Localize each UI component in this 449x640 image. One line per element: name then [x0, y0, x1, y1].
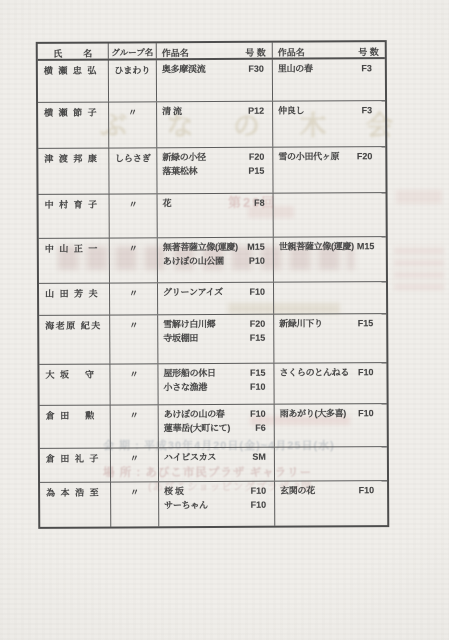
works-secondary: 世親菩薩立像(運慶)M15	[274, 237, 386, 282]
work-entry: さくらのとんねるF10	[279, 366, 382, 380]
works-primary: 奥多摩渓流F30	[157, 60, 273, 102]
work-title: あけぼの山公園	[163, 254, 224, 268]
work-entry: 世親菩薩立像(運慶)M15	[279, 240, 382, 254]
col-header-member-name: 氏 名	[38, 44, 109, 59]
work-entry: 小さな漁港F10	[164, 380, 270, 394]
works-secondary	[274, 193, 386, 237]
table-row: 倉 田 勲〃あけぼの山の春F10蓮華岳(大町にて)F6雨あがり(大多喜)F10	[40, 404, 387, 449]
work-title: さくらのとんねる	[279, 366, 349, 380]
work-title: 世親菩薩立像(運慶)	[279, 240, 354, 254]
work-title: 無著菩薩立像(運慶)	[163, 241, 238, 255]
work-size-number: F10	[251, 485, 267, 499]
table-row: 倉 田 礼 子〃ハイビスカスSM	[40, 447, 387, 483]
work-entry: 寺坂棚田F15	[163, 331, 269, 345]
member-name: 中 山 正 一	[39, 239, 110, 283]
table-body: 横 瀬 忠 弘ひまわり奥多摩渓流F30里山の春F3横 瀬 節 子〃清 流P12仲…	[38, 59, 387, 527]
work-title: 屋形船の休日	[163, 367, 215, 381]
work-entry: 花F8	[163, 197, 269, 211]
work-size-number: F20	[357, 150, 373, 164]
works-primary: 新緑の小径F20落葉松林P15	[157, 148, 273, 194]
work-size-number: F10	[249, 286, 265, 300]
work-entry: 奥多摩渓流F30	[162, 63, 268, 77]
member-name: 倉 田 勲	[40, 406, 111, 448]
work-size-number: P15	[248, 164, 264, 178]
work-title: 寺坂棚田	[163, 332, 198, 346]
work-entry: 蓮華岳(大町にて)F6	[164, 421, 270, 435]
work-title: ハイビスカス	[164, 451, 216, 465]
work-title: 花	[163, 197, 172, 211]
work-size-number: F20	[250, 318, 266, 332]
work-entry: 新緑の小径F20	[162, 151, 268, 165]
member-name: 山 田 芳 夫	[39, 284, 110, 315]
work-entry: 玄関の花F10	[280, 484, 383, 498]
work-title: 新緑川下り	[279, 317, 323, 331]
works-secondary: 仲良しF3	[273, 101, 385, 147]
work-title: グリーンアイズ	[163, 286, 223, 300]
table-row: 中 山 正 一〃無著菩薩立像(運慶)M15あけぼの山公園P10世親菩薩立像(運慶…	[39, 237, 386, 284]
work-entry: 雨あがり(大多喜)F10	[280, 407, 383, 421]
group-name: 〃	[111, 405, 159, 447]
work-size-number: F10	[359, 484, 375, 498]
work-size-number: F15	[358, 317, 374, 331]
work-entry: 桜 坂F10	[164, 485, 270, 499]
work-title-header: 作品名	[278, 46, 305, 58]
group-name: 〃	[110, 238, 158, 282]
work-title: 蓮華岳(大町にて)	[164, 421, 230, 435]
table-row: 横 瀬 忠 弘ひまわり奥多摩渓流F30里山の春F3	[38, 59, 385, 103]
group-name: 〃	[110, 283, 158, 314]
work-size-number: P10	[249, 254, 265, 268]
work-size-number: F10	[251, 498, 267, 512]
work-size-number: M15	[357, 240, 375, 254]
work-size-number: F30	[248, 63, 264, 77]
work-title: 清 流	[162, 105, 182, 119]
work-title: 落葉松林	[162, 165, 197, 179]
works-primary: グリーンアイズF10	[158, 283, 274, 315]
work-entry: 無著菩薩立像(運慶)M15	[163, 241, 269, 255]
group-name: ひまわり	[109, 60, 157, 101]
work-entry: あけぼの山の春F10	[164, 408, 270, 422]
size-number-header: 号 数	[245, 46, 266, 58]
bleed-through-smudge	[396, 190, 442, 204]
work-size-number: F10	[250, 408, 266, 422]
works-secondary: 里山の春F3	[273, 59, 385, 101]
col-header-work-1: 作品名 号 数	[157, 43, 273, 59]
work-size-number: F3	[362, 104, 373, 118]
works-secondary: 雨あがり(大多喜)F10	[275, 404, 387, 447]
col-header-work-2: 作品名 号 数	[273, 42, 385, 58]
work-title-header: 作品名	[162, 46, 189, 58]
works-primary: 雪解け白川郷F20寺坂棚田F15	[158, 315, 274, 364]
scanned-document-page: ぶ な の 木 会第29回会 期 : 平成30年4月20日(金)~4月25日(水…	[0, 0, 449, 640]
works-secondary: 雪の小田代ヶ原F20	[273, 147, 385, 193]
member-name: 海老原 紀夫	[39, 316, 110, 364]
work-title: 新緑の小径	[162, 151, 206, 165]
bleed-through-smudge	[394, 242, 444, 290]
col-header-group-name: グループ名	[109, 43, 157, 58]
works-secondary: 玄関の花F10	[275, 481, 387, 526]
work-entry: グリーンアイズF10	[163, 286, 269, 300]
table-row: 中 村 育 子〃花F8	[39, 193, 386, 239]
work-size-number: F6	[255, 421, 266, 435]
work-entry: 新緑川下りF15	[279, 317, 382, 331]
work-entry: 雪解け白川郷F20	[163, 318, 269, 332]
works-secondary: さくらのとんねるF10	[274, 363, 386, 404]
table-row: 横 瀬 節 子〃清 流P12仲良しF3	[38, 101, 385, 149]
work-entry: サーちゃんF10	[164, 498, 270, 512]
table-row: 山 田 芳 夫〃グリーンアイズF10	[39, 282, 386, 316]
works-secondary	[275, 447, 387, 481]
table-row: 津 渡 邦 康しらさぎ新緑の小径F20落葉松林P15雪の小田代ヶ原F20	[38, 147, 385, 195]
member-name: 横 瀬 忠 弘	[38, 61, 109, 102]
work-entry: 仲良しF3	[278, 104, 381, 118]
group-name: 〃	[111, 448, 159, 481]
works-primary: 清 流P12	[157, 102, 273, 148]
table-row: 大 坂 守〃屋形船の休日F15小さな漁港F10さくらのとんねるF10	[39, 363, 386, 406]
member-name: 為 本 浩 至	[40, 483, 111, 527]
work-title: サーちゃん	[164, 499, 208, 513]
member-name: 大 坂 守	[39, 365, 110, 405]
work-title: 雪解け白川郷	[163, 318, 215, 332]
work-size-number: F3	[361, 62, 372, 76]
work-entry: ハイビスカスSM	[164, 451, 270, 465]
group-name: 〃	[110, 315, 158, 363]
works-secondary	[274, 282, 386, 314]
works-primary: 屋形船の休日F15小さな漁港F10	[158, 364, 274, 405]
works-primary: あけぼの山の春F10蓮華岳(大町にて)F6	[159, 405, 275, 448]
group-name: 〃	[110, 194, 158, 237]
work-size-number: SM	[252, 451, 266, 465]
group-name: 〃	[110, 364, 158, 404]
works-primary: 花F8	[158, 194, 274, 238]
exhibition-work-table: 氏 名 グループ名 作品名 号 数 作品名 号 数 横 瀬 忠 弘ひまわり奥多摩…	[36, 40, 390, 529]
work-size-number: F15	[250, 331, 266, 345]
work-size-number: P12	[248, 105, 264, 119]
group-name: 〃	[111, 482, 159, 526]
table-header-row: 氏 名 グループ名 作品名 号 数 作品名 号 数	[38, 42, 385, 61]
works-primary: 無著菩薩立像(運慶)M15あけぼの山公園P10	[158, 238, 274, 283]
work-entry: 落葉松林P15	[162, 164, 268, 178]
work-size-number: F8	[254, 197, 265, 211]
work-size-number: F15	[250, 367, 266, 381]
group-name: 〃	[109, 102, 157, 147]
work-size-number: F10	[358, 366, 374, 380]
member-name: 倉 田 礼 子	[40, 449, 111, 482]
work-size-number: F20	[249, 151, 265, 165]
work-title: あけぼの山の春	[164, 408, 225, 422]
member-name: 横 瀬 節 子	[38, 103, 109, 148]
member-name: 津 渡 邦 康	[38, 149, 109, 194]
work-entry: 清 流P12	[162, 105, 268, 119]
work-size-number: F10	[358, 407, 374, 421]
work-title: 桜 坂	[164, 485, 184, 499]
work-title: 里山の春	[278, 62, 313, 76]
table-row: 海老原 紀夫〃雪解け白川郷F20寺坂棚田F15新緑川下りF15	[39, 314, 386, 365]
work-entry: 里山の春F3	[278, 62, 381, 76]
work-size-number: M15	[247, 241, 265, 255]
work-size-number: F10	[250, 380, 266, 394]
table-row: 為 本 浩 至〃桜 坂F10サーちゃんF10玄関の花F10	[40, 481, 387, 527]
work-title: 奥多摩渓流	[162, 63, 206, 77]
works-primary: 桜 坂F10サーちゃんF10	[159, 482, 275, 527]
work-title: 雪の小田代ヶ原	[278, 150, 339, 164]
work-title: 玄関の花	[280, 484, 315, 498]
work-entry: 雪の小田代ヶ原F20	[278, 150, 381, 164]
works-primary: ハイビスカスSM	[159, 448, 275, 482]
member-name: 中 村 育 子	[39, 195, 110, 238]
work-title: 仲良し	[278, 105, 304, 119]
group-name: しらさぎ	[109, 148, 157, 193]
size-number-header: 号 数	[358, 45, 379, 57]
work-entry: あけぼの山公園P10	[163, 254, 269, 268]
work-title: 小さな漁港	[164, 381, 208, 395]
work-title: 雨あがり(大多喜)	[280, 407, 346, 421]
work-entry: 屋形船の休日F15	[163, 367, 269, 381]
works-secondary: 新緑川下りF15	[274, 314, 386, 363]
